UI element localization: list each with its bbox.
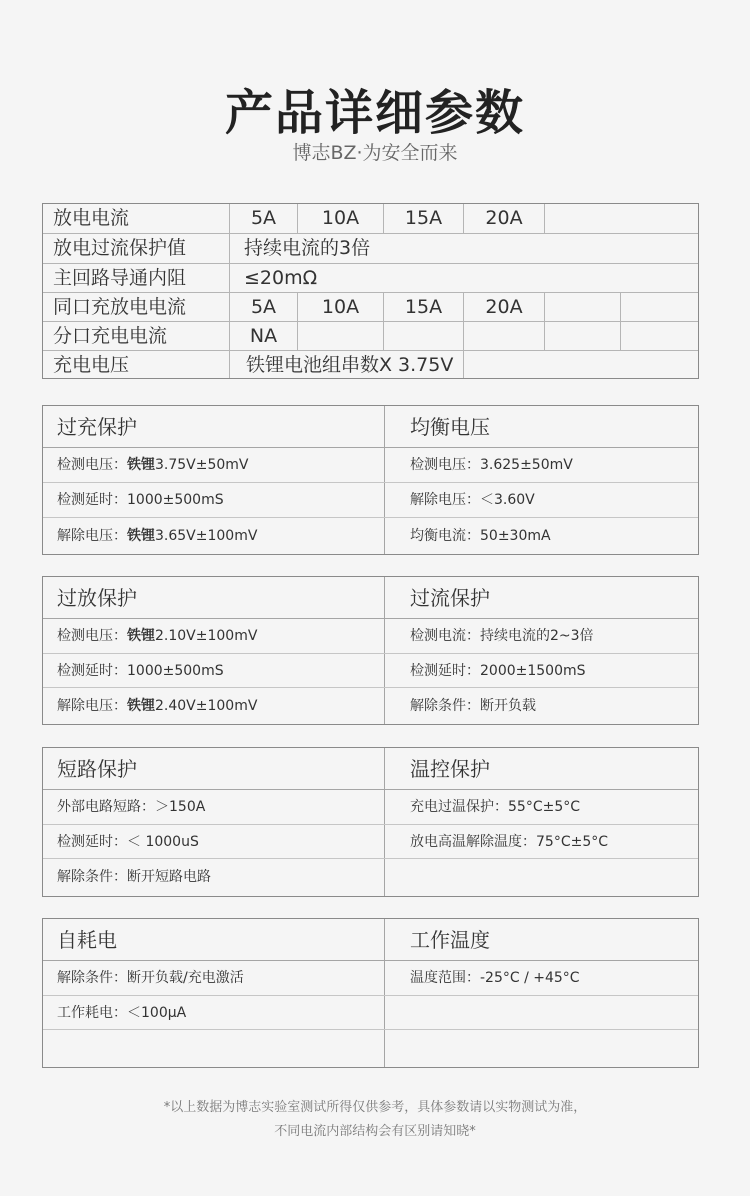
spec-item-empty [384, 996, 698, 1030]
item-key: 解除电压： [57, 528, 127, 544]
spec-item: 检测延时：＜ 1000uS [43, 825, 384, 859]
item-value: 2.10V±100mV [155, 628, 257, 644]
spec-item-empty [384, 859, 698, 896]
item-key: 检测电压： [57, 628, 127, 644]
protection-table-shortcircuit-temperature: 短路保护 外部电路短路：＞150A 检测延时：＜ 1000uS 解除条件：断开短… [42, 747, 699, 897]
section-temperature-control: 温控保护 充电过温保护：55°C±5°C 放电高温解除温度：75°C±5°C [384, 748, 698, 896]
section-title: 均衡电压 [384, 406, 698, 448]
spec-item: 检测延时：1000±500mS [43, 654, 384, 688]
item-key: 检测延时： [410, 663, 480, 679]
item-key: 检测电压： [57, 457, 127, 473]
spec-item: 外部电路短路：＞150A [43, 790, 384, 825]
protection-table-selfconsumption-worktemp: 自耗电 解除条件：断开负载/充电激活 工作耗电：＜100μA 工作温度 温度范围… [42, 918, 699, 1068]
spec-item: 解除电压：＜3.60V [384, 483, 698, 518]
item-key: 放电高温解除温度： [410, 834, 536, 850]
item-chemistry: 铁锂 [127, 628, 155, 644]
spec-item-empty [384, 1030, 698, 1067]
spec-item: 解除电压：铁锂2.40V±100mV [43, 688, 384, 724]
section-title: 短路保护 [43, 748, 384, 790]
item-value: ＞150A [155, 799, 205, 815]
spec-item: 检测延时：1000±500mS [43, 483, 384, 518]
item-value: 55°C±5°C [508, 799, 580, 815]
spec-item: 充电过温保护：55°C±5°C [384, 790, 698, 825]
spec-item: 解除条件：断开短路电路 [43, 859, 384, 896]
spec-item: 工作耗电：＜100μA [43, 996, 384, 1030]
item-key: 解除条件： [410, 698, 480, 714]
spec-value: 15A [384, 204, 464, 234]
item-value: 1000±500mS [127, 663, 224, 679]
spec-value-empty [621, 322, 698, 351]
item-key: 充电过温保护： [410, 799, 508, 815]
spec-item: 解除电压：铁锂3.65V±100mV [43, 518, 384, 554]
spec-value: ≤20mΩ [230, 264, 698, 293]
spec-label: 同口充放电电流 [43, 293, 230, 322]
spec-value-empty [384, 322, 464, 351]
item-key: 解除条件： [57, 970, 127, 986]
item-value: 断开负载 [480, 698, 536, 714]
spec-value-empty [464, 322, 545, 351]
spec-value: 15A [384, 293, 464, 322]
spec-item: 解除条件：断开负载 [384, 688, 698, 724]
spec-value-empty [298, 322, 384, 351]
section-overcurrent: 过流保护 检测电流：持续电流的2~3倍 检测延时：2000±1500mS 解除条… [384, 577, 698, 724]
footnote-line-2: 不同电流内部结构会有区别请知晓* [0, 1120, 750, 1139]
item-chemistry: 铁锂 [127, 457, 155, 473]
item-value: 3.625±50mV [480, 457, 573, 473]
spec-item: 检测电流：持续电流的2~3倍 [384, 619, 698, 654]
protection-table-overcharge-balance: 过充保护 检测电压：铁锂3.75V±50mV 检测延时：1000±500mS 解… [42, 405, 699, 555]
item-key: 检测延时： [57, 492, 127, 508]
spec-item: 均衡电流：50±30mA [384, 518, 698, 554]
section-title: 过放保护 [43, 577, 384, 619]
spec-value: 10A [298, 204, 384, 234]
item-chemistry: 铁锂 [127, 528, 155, 544]
section-title: 自耗电 [43, 919, 384, 961]
item-value: 75°C±5°C [536, 834, 608, 850]
page-title: 产品详细参数 [0, 74, 750, 143]
protection-table-overdischarge-overcurrent: 过放保护 检测电压：铁锂2.10V±100mV 检测延时：1000±500mS … [42, 576, 699, 725]
spec-item: 放电高温解除温度：75°C±5°C [384, 825, 698, 859]
spec-value-empty [545, 204, 698, 234]
footnote-line-1: *以上数据为博志实验室测试所得仅供参考，具体参数请以实物测试为准， [0, 1096, 750, 1115]
spec-label: 分口充电电流 [43, 322, 230, 351]
page-subtitle: 博志BZ·为安全而来 [0, 138, 750, 165]
spec-value-empty [545, 322, 621, 351]
item-value: ＜3.60V [480, 492, 535, 508]
item-key: 温度范围： [410, 970, 480, 986]
spec-value: 20A [464, 293, 545, 322]
section-title: 工作温度 [384, 919, 698, 961]
item-key: 解除电压： [410, 492, 480, 508]
section-title: 温控保护 [384, 748, 698, 790]
item-value: 断开短路电路 [127, 869, 211, 885]
item-key: 解除条件： [57, 869, 127, 885]
item-key: 检测延时： [57, 663, 127, 679]
section-working-temperature: 工作温度 温度范围：-25°C / +45°C [384, 919, 698, 1067]
spec-label: 放电电流 [43, 204, 230, 234]
item-key: 检测电压： [410, 457, 480, 473]
section-short-circuit: 短路保护 外部电路短路：＞150A 检测延时：＜ 1000uS 解除条件：断开短… [43, 748, 385, 896]
spec-value: 铁锂电池组串数X 3.75V [230, 351, 464, 378]
item-key: 解除电压： [57, 698, 127, 714]
spec-table: 放电电流 5A 10A 15A 20A 放电过流保护值 持续电流的3倍 主回路导… [42, 203, 699, 379]
spec-value-empty [464, 351, 698, 378]
spec-value: 10A [298, 293, 384, 322]
spec-value: NA [230, 322, 298, 351]
item-key: 均衡电流： [410, 528, 480, 544]
item-chemistry: 铁锂 [127, 698, 155, 714]
section-self-consumption: 自耗电 解除条件：断开负载/充电激活 工作耗电：＜100μA [43, 919, 385, 1067]
item-key: 检测电流： [410, 628, 480, 644]
spec-label: 放电过流保护值 [43, 234, 230, 264]
item-value: -25°C / +45°C [480, 970, 580, 986]
item-value: 3.65V±100mV [155, 528, 257, 544]
item-value: 2000±1500mS [480, 663, 586, 679]
spec-item: 温度范围：-25°C / +45°C [384, 961, 698, 996]
item-key: 工作耗电： [57, 1005, 127, 1021]
item-value: 2.40V±100mV [155, 698, 257, 714]
spec-value-empty [621, 293, 698, 322]
section-title: 过充保护 [43, 406, 384, 448]
spec-value: 5A [230, 204, 298, 234]
spec-item: 检测电压：3.625±50mV [384, 448, 698, 483]
item-key: 外部电路短路： [57, 799, 155, 815]
item-value: 1000±500mS [127, 492, 224, 508]
spec-item: 检测电压：铁锂3.75V±50mV [43, 448, 384, 483]
spec-item-empty [43, 1030, 384, 1067]
item-key: 检测延时： [57, 834, 127, 850]
item-value: ＜ 1000uS [127, 834, 199, 850]
item-value: ＜100μA [127, 1005, 186, 1021]
spec-label: 充电电压 [43, 351, 230, 378]
section-title: 过流保护 [384, 577, 698, 619]
spec-value: 20A [464, 204, 545, 234]
spec-value-empty [545, 293, 621, 322]
spec-label: 主回路导通内阻 [43, 264, 230, 293]
section-balance-voltage: 均衡电压 检测电压：3.625±50mV 解除电压：＜3.60V 均衡电流：50… [384, 406, 698, 554]
spec-item: 解除条件：断开负载/充电激活 [43, 961, 384, 996]
spec-value: 持续电流的3倍 [230, 234, 698, 264]
spec-item: 检测电压：铁锂2.10V±100mV [43, 619, 384, 654]
section-overcharge: 过充保护 检测电压：铁锂3.75V±50mV 检测延时：1000±500mS 解… [43, 406, 385, 554]
section-overdischarge: 过放保护 检测电压：铁锂2.10V±100mV 检测延时：1000±500mS … [43, 577, 385, 724]
item-value: 50±30mA [480, 528, 551, 544]
item-value: 3.75V±50mV [155, 457, 249, 473]
item-value: 断开负载/充电激活 [127, 970, 244, 986]
item-value: 持续电流的2~3倍 [480, 628, 594, 644]
spec-value: 5A [230, 293, 298, 322]
spec-item: 检测延时：2000±1500mS [384, 654, 698, 688]
